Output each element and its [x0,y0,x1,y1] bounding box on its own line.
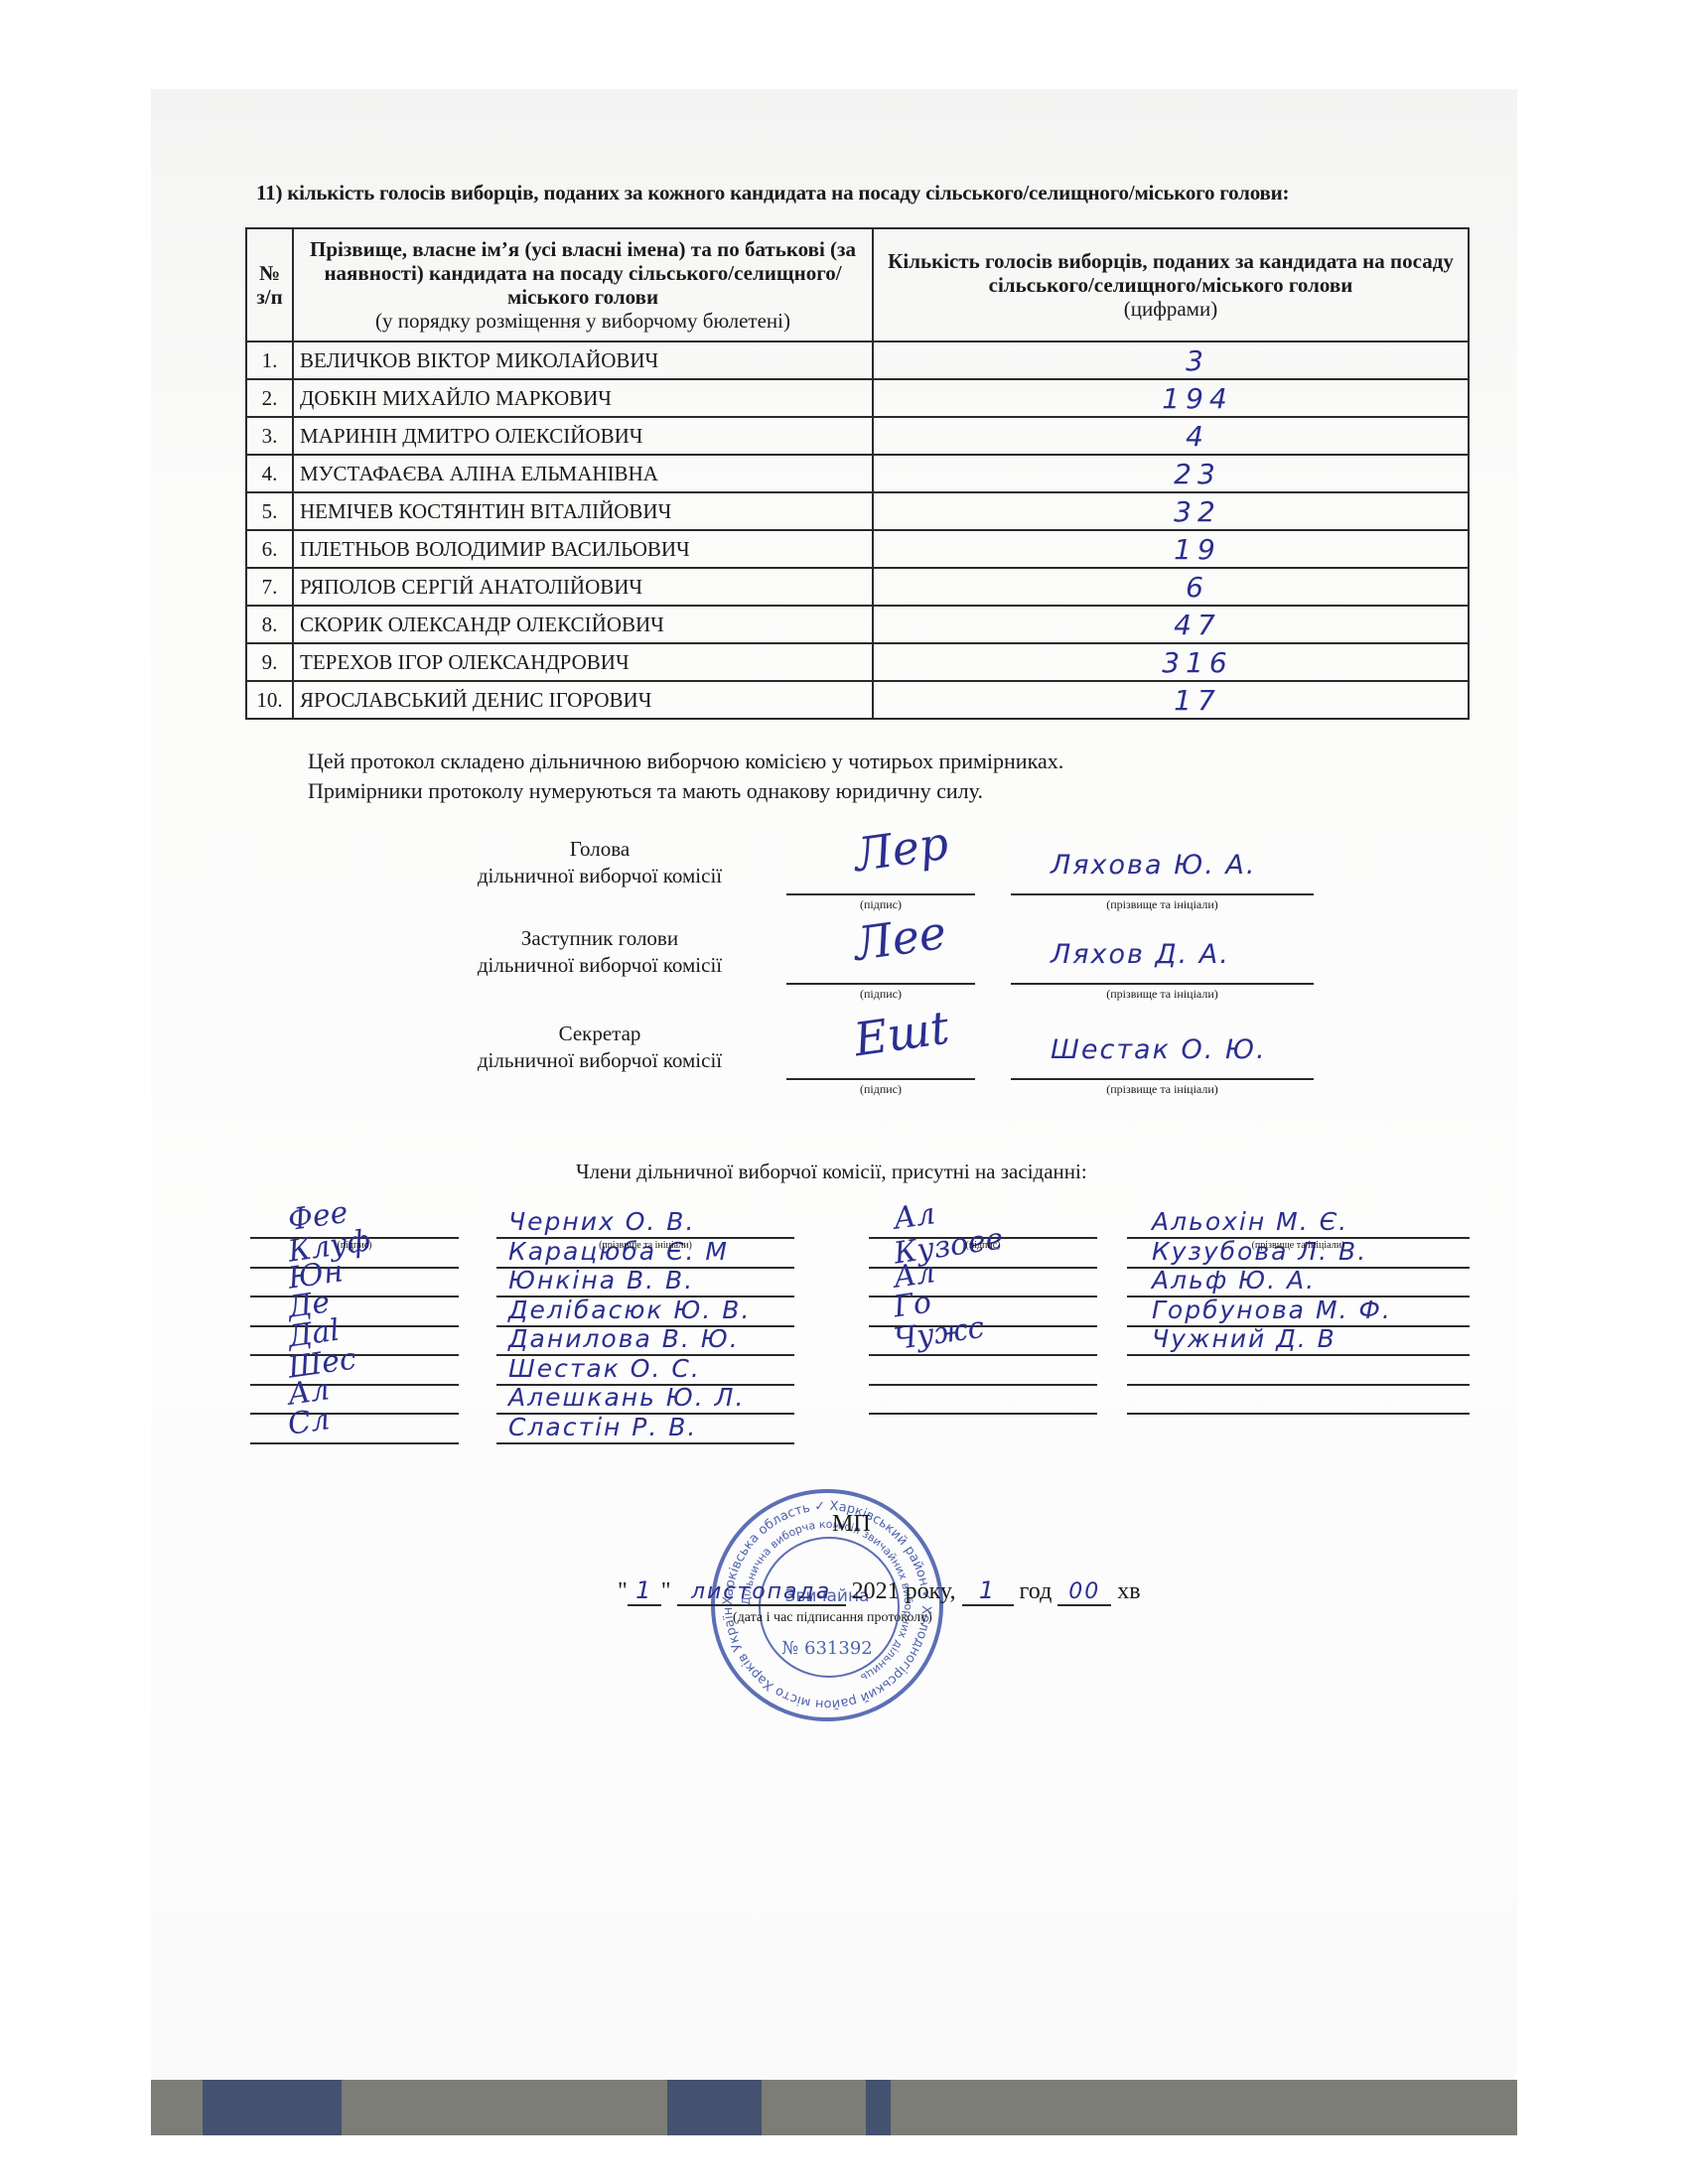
name-line [1011,983,1314,985]
candidate-name: ТЕРЕХОВ ІГОР ОЛЕКСАНДРОВИЧ [293,643,873,681]
row-number: 7. [246,568,293,606]
row-number: 5. [246,492,293,530]
member-name-line [1127,1384,1470,1386]
table-row: 7.РЯПОЛОВ СЕРГІЙ АНАТОЛІЙОВИЧ6 [246,568,1469,606]
section-11-heading: 11) кількість голосів виборців, поданих … [256,181,1289,205]
row-number: 1. [246,341,293,379]
member-name-line [496,1442,794,1444]
signature-line [786,1078,975,1080]
members-title: Члени дільничної виборчої комісії, прису… [576,1160,1087,1184]
table-row: 2.ДОБКІН МИХАЙЛО МАРКОВИЧ194 [246,379,1469,417]
member-signature-line [250,1325,459,1327]
official-name: Ляхов Д. А. [1051,939,1230,970]
vote-count: 19 [873,530,1469,568]
candidate-name: МАРИНІН ДМИТРО ОЛЕКСІЙОВИЧ [293,417,873,455]
member-name: Делібасюк Ю. В. [508,1296,751,1324]
official-role: Голова дільничної виборчої комісії [441,836,759,889]
member-name: Шестак О. С. [508,1354,701,1383]
official-role: Заступник голови дільничної виборчої ком… [441,925,759,979]
signing-date: "1" листопада 2021 року, 1 год 00 хв [618,1576,1141,1606]
table-header-row: № з/п Прізвище, власне ім’я (усі власні … [246,228,1469,341]
member-signature-line [250,1413,459,1415]
member-name: Горбунова М. Ф. [1152,1296,1392,1324]
member-signature-line [250,1267,459,1269]
name-line [1011,1078,1314,1080]
official-name: Ляхова Ю. А. [1051,850,1256,881]
official-role: Секретар дільничної виборчої комісії [441,1021,759,1074]
row-number: 9. [246,643,293,681]
member-name: Чужний Д. В [1152,1324,1336,1353]
member-signature-line [869,1384,1097,1386]
header-candidate-name: Прізвище, власне ім’я (усі власні імена)… [293,228,873,341]
table-row: 6.ПЛЕТНЬОВ ВОЛОДИМИР ВАСИЛЬОВИЧ19 [246,530,1469,568]
member-signature-line [250,1296,459,1297]
row-number: 10. [246,681,293,719]
member-signature-line [250,1442,459,1444]
member-name: Алешкань Ю. Л. [508,1383,745,1412]
vote-count: 32 [873,492,1469,530]
signature-caption: (підпис) [786,897,975,912]
statement-line-1: Цей протокол складено дільничною виборчо… [308,747,1063,776]
date-caption: (дата і час підписання протоколу) [733,1610,932,1626]
candidate-votes-table: № з/п Прізвище, власне ім’я (усі власні … [245,227,1470,720]
member-name: Альф Ю. А. [1152,1266,1316,1295]
seal-number: № 631392 [715,1638,939,1659]
row-number: 8. [246,606,293,643]
member-signature-line [869,1413,1097,1415]
member-name: Данилова В. Ю. [508,1324,740,1353]
signature-line [786,983,975,985]
header-votes: Кількість голосів виборців, поданих за к… [873,228,1469,341]
member-signature-line [250,1384,459,1386]
signature-line [786,893,975,895]
table-row: 9.ТЕРЕХОВ ІГОР ОЛЕКСАНДРОВИЧ316 [246,643,1469,681]
row-number: 4. [246,455,293,492]
member-name-line [1127,1413,1470,1415]
seal-place-mp: МП [832,1511,871,1538]
candidate-name: ВЕЛИЧКОВ ВІКТОР МИКОЛАЙОВИЧ [293,341,873,379]
vote-count: 4 [873,417,1469,455]
vote-count: 3 [873,341,1469,379]
vote-count: 194 [873,379,1469,417]
date-month: листопада [677,1579,846,1606]
official-name: Шестак О. Ю. [1051,1034,1267,1065]
candidate-name: НЕМІЧЕВ КОСТЯНТИН ВІТАЛІЙОВИЧ [293,492,873,530]
name-caption: (прізвище та ініціали) [1011,1082,1314,1097]
signature-caption: (підпис) [786,1082,975,1097]
scanner-background [151,2080,1517,2135]
members-signature-caption: (підпис) [250,1240,459,1251]
candidate-name: РЯПОЛОВ СЕРГІЙ АНАТОЛІЙОВИЧ [293,568,873,606]
member-name: Юнкіна В. В. [508,1266,694,1295]
member-name-line [1127,1354,1470,1356]
date-minutes: 00 [1057,1579,1111,1606]
vote-count: 316 [873,643,1469,681]
statement-line-2: Примірники протоколу нумеруються та мают… [308,776,1063,806]
member-name: Сластін Р. В. [508,1413,697,1441]
vote-count: 6 [873,568,1469,606]
row-number: 2. [246,379,293,417]
date-hours: 1 [962,1576,1014,1606]
members-name-caption: (прізвище та ініціали) [496,1240,794,1251]
table-row: 3.МАРИНІН ДМИТРО ОЛЕКСІЙОВИЧ4 [246,417,1469,455]
candidate-name: МУСТАФАЄВА АЛІНА ЕЛЬМАНІВНА [293,455,873,492]
members-signature-caption: (підпис) [869,1240,1097,1251]
date-day: 1 [628,1576,661,1606]
vote-count: 23 [873,455,1469,492]
member-name: Черних О. В. [508,1207,695,1236]
vote-count: 47 [873,606,1469,643]
candidate-name: ЯРОСЛАВСЬКИЙ ДЕНИС ІГОРОВИЧ [293,681,873,719]
row-number: 3. [246,417,293,455]
name-caption: (прізвище та ініціали) [1011,987,1314,1002]
table-row: 4.МУСТАФАЄВА АЛІНА ЕЛЬМАНІВНА23 [246,455,1469,492]
header-number: № з/п [246,228,293,341]
table-row: 1.ВЕЛИЧКОВ ВІКТОР МИКОЛАЙОВИЧ3 [246,341,1469,379]
table-row: 8.СКОРИК ОЛЕКСАНДР ОЛЕКСІЙОВИЧ47 [246,606,1469,643]
vote-count: 17 [873,681,1469,719]
signature-caption: (підпис) [786,987,975,1002]
member-name: Альохін М. Є. [1152,1207,1348,1236]
members-name-caption: (прізвище та ініціали) [1127,1240,1470,1251]
candidate-name: СКОРИК ОЛЕКСАНДР ОЛЕКСІЙОВИЧ [293,606,873,643]
protocol-statement: Цей протокол складено дільничною виборчо… [308,747,1063,806]
table-row: 10.ЯРОСЛАВСЬКИЙ ДЕНИС ІГОРОВИЧ17 [246,681,1469,719]
candidate-name: ДОБКІН МИХАЙЛО МАРКОВИЧ [293,379,873,417]
table-row: 5.НЕМІЧЕВ КОСТЯНТИН ВІТАЛІЙОВИЧ32 [246,492,1469,530]
member-signature: Сл [286,1402,333,1442]
candidate-name: ПЛЕТНЬОВ ВОЛОДИМИР ВАСИЛЬОВИЧ [293,530,873,568]
name-caption: (прізвище та ініціали) [1011,897,1314,912]
row-number: 6. [246,530,293,568]
name-line [1011,893,1314,895]
